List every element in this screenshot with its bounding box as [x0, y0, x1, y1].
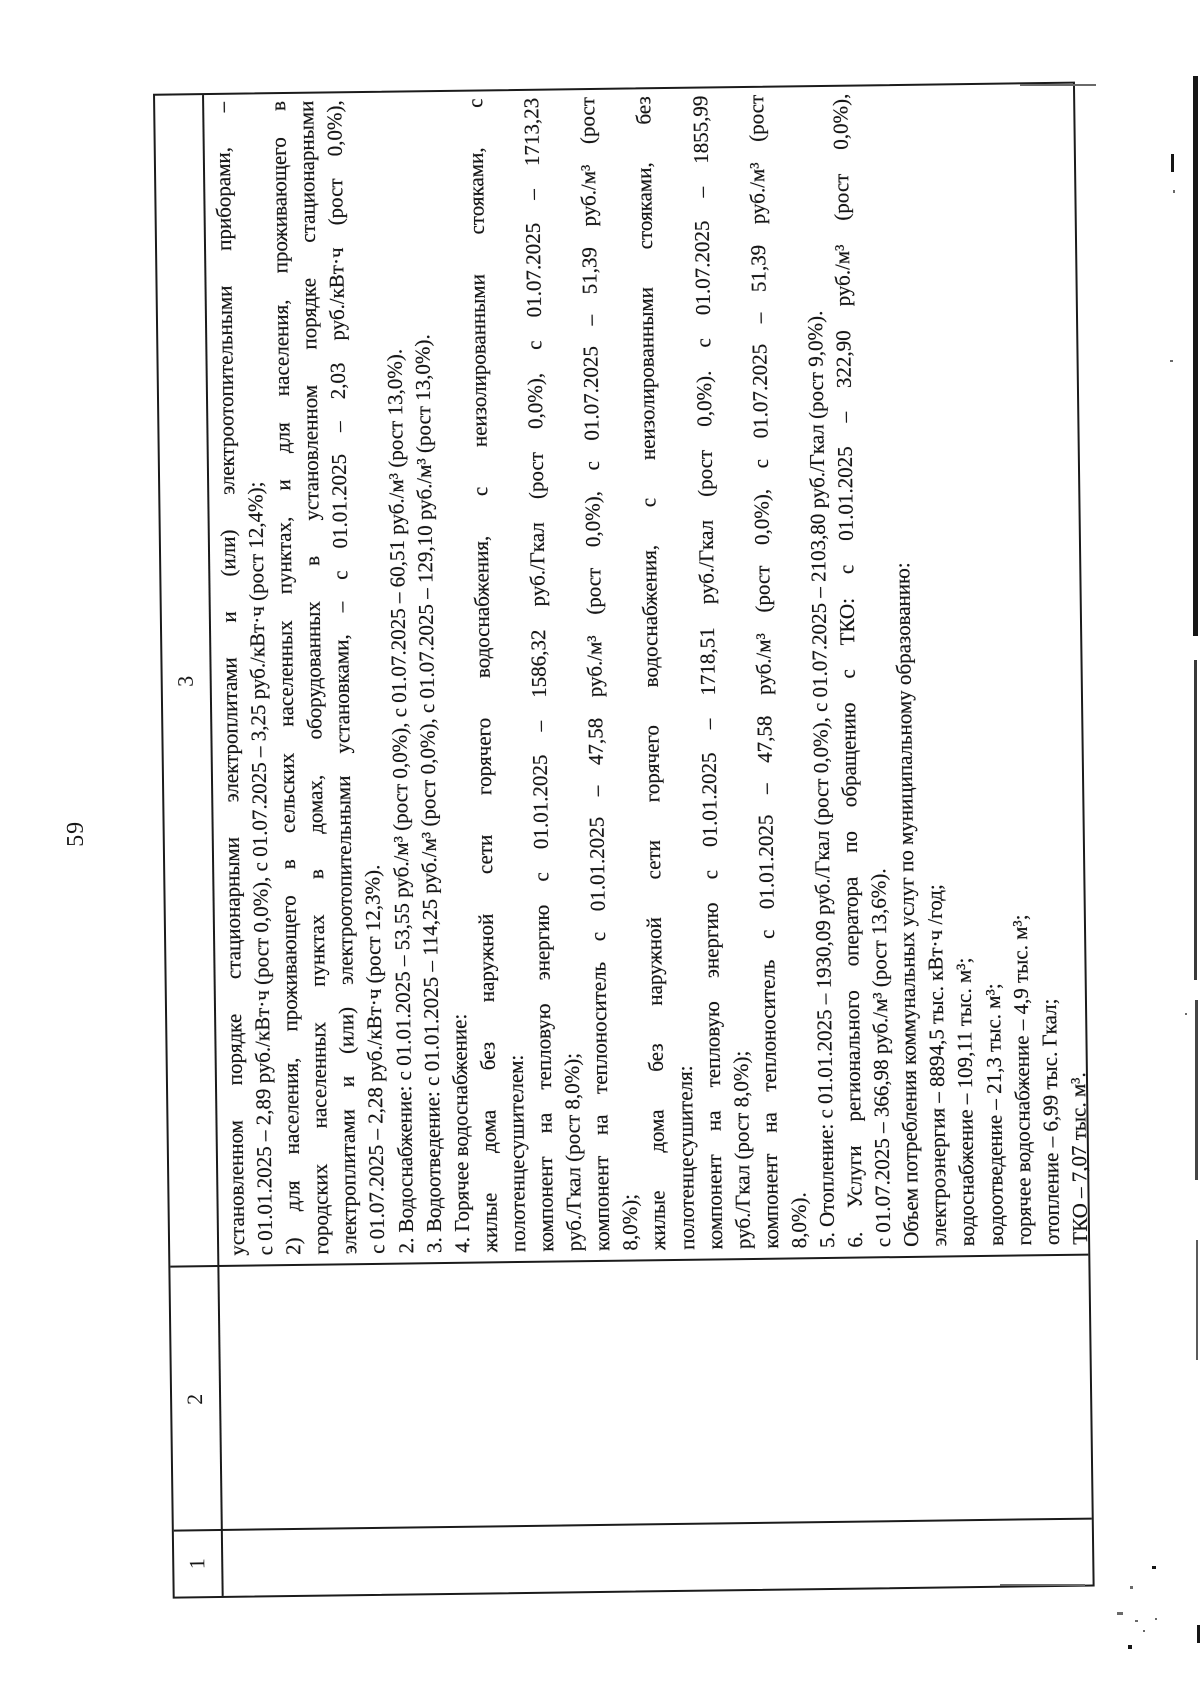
page-number: 59: [62, 789, 90, 879]
scan-artifact: [1117, 1612, 1123, 1615]
scan-artifact: [1000, 1584, 1085, 1586]
scan-artifact: [1152, 1566, 1156, 1569]
header-cell-1: 1: [174, 1531, 222, 1597]
scan-artifact: [1195, 1000, 1198, 1180]
scan-artifact: [1143, 1630, 1145, 1632]
scan-artifact: [1173, 190, 1175, 193]
scan-artifact: [1193, 76, 1198, 636]
scan-artifact: [1155, 1618, 1157, 1620]
scan-artifact: [1171, 154, 1174, 172]
scan-artifact: [1128, 1645, 1132, 1649]
scan-artifact: [1185, 1013, 1187, 1015]
scanned-document-page: 59 1 2 3 установленном порядке стационар…: [0, 0, 1200, 1698]
tariff-table: 1 2 3 установленном порядке стационарным…: [153, 82, 1095, 1599]
scan-artifact: [1135, 1620, 1138, 1622]
scan-artifact: [1020, 84, 1096, 86]
table-column-separator-1: [174, 1518, 1092, 1532]
scan-artifact: [1196, 1240, 1198, 1360]
rotated-scan-content: 59 1 2 3 установленном порядке стационар…: [0, 0, 1190, 1698]
table-body-cell-3: установленном порядке стационарными элек…: [204, 83, 1090, 1265]
scan-artifact: [1194, 660, 1197, 980]
header-cell-2: 2: [170, 1267, 220, 1532]
scan-artifact: [1130, 1586, 1133, 1589]
scan-artifact: [1170, 360, 1173, 362]
